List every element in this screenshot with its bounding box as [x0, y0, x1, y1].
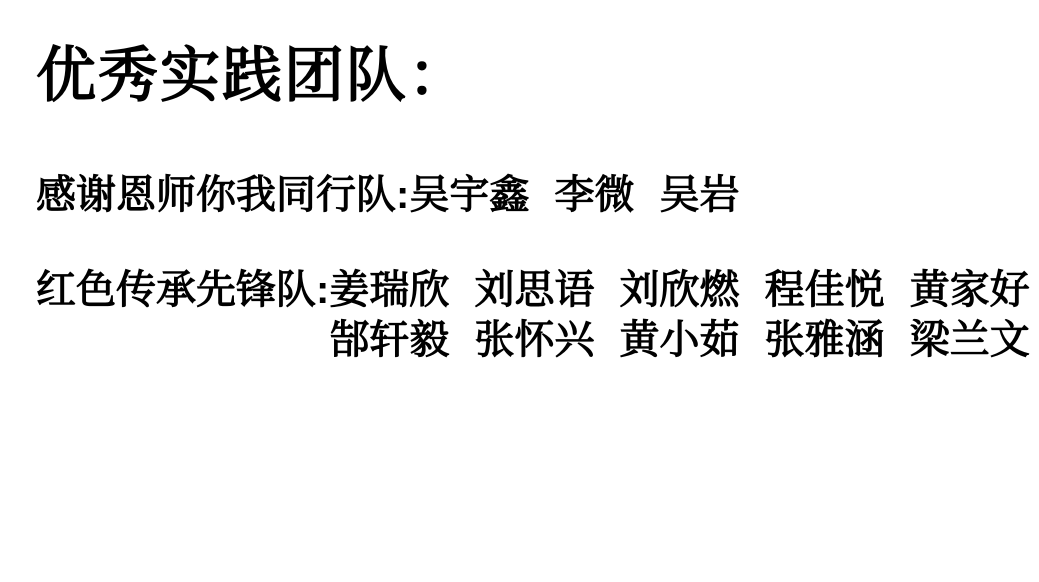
team-2-colon: :: [316, 268, 329, 312]
team-1-name: 感谢恩师你我同行队:: [36, 170, 409, 220]
team-2-members-line-2: 郜轩毅 张怀兴 黄小茹 张雅涵 梁兰文: [329, 315, 1029, 365]
page-title: 优秀实践团队：: [36, 40, 470, 112]
slide-canvas: 优秀实践团队： 感谢恩师你我同行队: 吴宇鑫 李微 吴岩 红色传承先锋队: 姜瑞…: [0, 0, 1039, 582]
team-1-members: 吴宇鑫 李微 吴岩: [409, 170, 739, 220]
team-row-1: 感谢恩师你我同行队: 吴宇鑫 李微 吴岩: [36, 170, 740, 220]
team-2-name: 红色传承先锋队:: [36, 265, 329, 315]
team-2-members-line-1: 姜瑞欣 刘思语 刘欣燃 程佳悦 黄家好: [329, 265, 1029, 315]
team-1-members-line-1: 吴宇鑫 李微 吴岩: [409, 173, 739, 217]
team-1-colon: :: [396, 173, 409, 217]
team-1-label-text: 感谢恩师你我同行队: [36, 173, 396, 217]
team-2-members: 姜瑞欣 刘思语 刘欣燃 程佳悦 黄家好 郜轩毅 张怀兴 黄小茹 张雅涵 梁兰文: [329, 265, 1029, 365]
team-row-2: 红色传承先锋队: 姜瑞欣 刘思语 刘欣燃 程佳悦 黄家好 郜轩毅 张怀兴 黄小茹…: [36, 265, 1030, 365]
team-2-label-text: 红色传承先锋队: [36, 268, 316, 312]
